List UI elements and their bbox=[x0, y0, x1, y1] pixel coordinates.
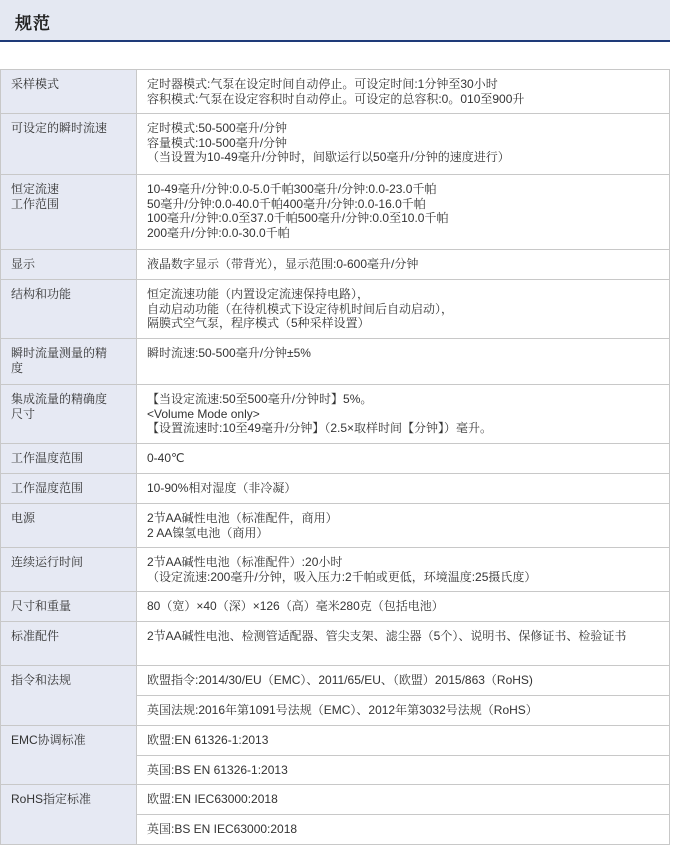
spec-row: RoHS指定标准欧盟:EN IEC63000:2018 bbox=[1, 785, 670, 815]
spec-value: 容量模式:10-500毫升/分钟 bbox=[147, 136, 659, 151]
spec-value: 10-49毫升/分钟:0.0-5.0千帕300毫升/分钟:0.0-23.0千帕 bbox=[147, 182, 659, 197]
spec-value-cell: 欧盟:EN 61326-1:2013 bbox=[137, 725, 670, 755]
spec-value: 定时模式:50-500毫升/分钟 bbox=[147, 121, 659, 136]
spec-value-cell: 欧盟:EN IEC63000:2018 bbox=[137, 785, 670, 815]
spec-label: 连续运行时间 bbox=[11, 555, 126, 570]
spec-row: 电源2节AA碱性电池（标准配件，商用）2 AA镍氢电池（商用） bbox=[1, 504, 670, 548]
spec-row: 工作湿度范围10-90%相对湿度（非冷凝） bbox=[1, 474, 670, 504]
spec-value-cell: 液晶数字显示（带背光），显示范围:0-600毫升/分钟 bbox=[137, 250, 670, 280]
spec-value-cell: 定时器模式:气泵在设定时间自动停止。可设定时间:1分钟至30小时容积模式:气泵在… bbox=[137, 70, 670, 114]
spec-value: 液晶数字显示（带背光），显示范围:0-600毫升/分钟 bbox=[147, 257, 659, 272]
spec-label: 恒定流速 bbox=[11, 182, 126, 197]
spec-value: 英国:BS EN IEC63000:2018 bbox=[147, 822, 659, 837]
spec-value-cell: 80（宽）×40（深）×126（高）毫米280克（包括电池） bbox=[137, 592, 670, 622]
spec-label-cell: EMC协调标准 bbox=[1, 725, 137, 785]
spec-value: 2 AA镍氢电池（商用） bbox=[147, 526, 659, 541]
spec-value: 欧盟:EN IEC63000:2018 bbox=[147, 792, 659, 807]
spec-value: 自动启动功能（在待机模式下设定待机时间后自动启动）， bbox=[147, 302, 659, 317]
spec-label-cell: 瞬时流量测量的精度 bbox=[1, 339, 137, 385]
spec-row: 结构和功能恒定流速功能（内置设定流速保持电路），自动启动功能（在待机模式下设定待… bbox=[1, 280, 670, 339]
spec-value: 80（宽）×40（深）×126（高）毫米280克（包括电池） bbox=[147, 599, 659, 614]
spec-label-cell: 可设定的瞬时流速 bbox=[1, 114, 137, 175]
spec-label-cell: 工作湿度范围 bbox=[1, 474, 137, 504]
spec-value: 英国法规:2016年第1091号法规（EMC）、2012年第3032号法规（Ro… bbox=[147, 703, 659, 718]
spec-value: 瞬时流速:50-500毫升/分钟±5% bbox=[147, 346, 659, 361]
spec-value: 200毫升/分钟:0.0-30.0千帕 bbox=[147, 226, 659, 241]
spec-value: 50毫升/分钟:0.0-40.0千帕400毫升/分钟:0.0-16.0千帕 bbox=[147, 197, 659, 212]
spec-value: （当设置为10-49毫升/分钟时，间歇运行以50毫升/分钟的速度进行） bbox=[147, 150, 659, 165]
spec-label-cell: 结构和功能 bbox=[1, 280, 137, 339]
spec-value: 【设置流速时:10至49毫升/分钟】（2.5×取样时间【分钟】）毫升。 bbox=[147, 421, 659, 436]
spec-label: 电源 bbox=[11, 511, 126, 526]
spec-label-cell: 采样模式 bbox=[1, 70, 137, 114]
spec-label-cell: 指令和法规 bbox=[1, 666, 137, 726]
spec-label-cell: 恒定流速工作范围 bbox=[1, 175, 137, 250]
spec-value-cell: 【当设定流速:50至500毫升/分钟时】5%。<Volume Mode only… bbox=[137, 385, 670, 444]
spec-value-cell: 英国:BS EN IEC63000:2018 bbox=[137, 815, 670, 845]
spec-row: 可设定的瞬时流速定时模式:50-500毫升/分钟容量模式:10-500毫升/分钟… bbox=[1, 114, 670, 175]
spec-label: 尺寸 bbox=[11, 407, 126, 422]
spec-label: 工作范围 bbox=[11, 197, 126, 212]
spec-row: 显示液晶数字显示（带背光），显示范围:0-600毫升/分钟 bbox=[1, 250, 670, 280]
spec-row: 集成流量的精确度尺寸【当设定流速:50至500毫升/分钟时】5%。<Volume… bbox=[1, 385, 670, 444]
spec-value-cell: 英国:BS EN 61326-1:2013 bbox=[137, 755, 670, 785]
spec-label-cell: 集成流量的精确度尺寸 bbox=[1, 385, 137, 444]
spec-label-cell: 电源 bbox=[1, 504, 137, 548]
spec-value-cell: 2节AA碱性电池、检测管适配器、管尖支架、滤尘器（5个）、说明书、保修证书、检验… bbox=[137, 622, 670, 666]
spec-value: 【当设定流速:50至500毫升/分钟时】5%。 bbox=[147, 392, 659, 407]
spec-row: 采样模式定时器模式:气泵在设定时间自动停止。可设定时间:1分钟至30小时容积模式… bbox=[1, 70, 670, 114]
spec-label-cell: 显示 bbox=[1, 250, 137, 280]
spec-label: EMC协调标准 bbox=[11, 733, 126, 748]
spec-value: 欧盟指令:2014/30/EU（EMC）、2011/65/EU、（欧盟）2015… bbox=[147, 673, 659, 688]
spec-row: 瞬时流量测量的精度瞬时流速:50-500毫升/分钟±5% bbox=[1, 339, 670, 385]
spec-value: 10-90%相对湿度（非冷凝） bbox=[147, 481, 659, 496]
spec-value: 定时器模式:气泵在设定时间自动停止。可设定时间:1分钟至30小时 bbox=[147, 77, 659, 92]
spec-value-cell: 瞬时流速:50-500毫升/分钟±5% bbox=[137, 339, 670, 385]
spec-label: 结构和功能 bbox=[11, 287, 126, 302]
spec-value-cell: 欧盟指令:2014/30/EU（EMC）、2011/65/EU、（欧盟）2015… bbox=[137, 666, 670, 696]
spec-row: 指令和法规欧盟指令:2014/30/EU（EMC）、2011/65/EU、（欧盟… bbox=[1, 666, 670, 696]
spec-value: 欧盟:EN 61326-1:2013 bbox=[147, 733, 659, 748]
spec-table: 采样模式定时器模式:气泵在设定时间自动停止。可设定时间:1分钟至30小时容积模式… bbox=[0, 69, 670, 845]
spec-label-cell: 工作温度范围 bbox=[1, 444, 137, 474]
spec-value: 容积模式:气泵在设定容积时自动停止。可设定的总容积:0。010至900升 bbox=[147, 92, 659, 107]
spec-row: 尺寸和重量80（宽）×40（深）×126（高）毫米280克（包括电池） bbox=[1, 592, 670, 622]
spec-value-cell: 恒定流速功能（内置设定流速保持电路），自动启动功能（在待机模式下设定待机时间后自… bbox=[137, 280, 670, 339]
spec-row: 标准配件2节AA碱性电池、检测管适配器、管尖支架、滤尘器（5个）、说明书、保修证… bbox=[1, 622, 670, 666]
spec-label: 显示 bbox=[11, 257, 126, 272]
spec-label: 工作温度范围 bbox=[11, 451, 126, 466]
spec-row: 工作温度范围0-40℃ bbox=[1, 444, 670, 474]
spec-value-cell: 2节AA碱性电池（标准配件）:20小时（设定流速:200毫升/分钟，吸入压力:2… bbox=[137, 548, 670, 592]
spec-value-cell: 英国法规:2016年第1091号法规（EMC）、2012年第3032号法规（Ro… bbox=[137, 696, 670, 726]
spec-value: 100毫升/分钟:0.0至37.0千帕500毫升/分钟:0.0至10.0千帕 bbox=[147, 211, 659, 226]
spec-label: 可设定的瞬时流速 bbox=[11, 121, 126, 136]
spec-value: 2节AA碱性电池（标准配件，商用） bbox=[147, 511, 659, 526]
spec-label: 标准配件 bbox=[11, 629, 126, 644]
spec-value-cell: 10-49毫升/分钟:0.0-5.0千帕300毫升/分钟:0.0-23.0千帕5… bbox=[137, 175, 670, 250]
spec-value: 隔膜式空气泵，程序模式（5种采样设置） bbox=[147, 316, 659, 331]
spec-label: 瞬时流量测量的精 bbox=[11, 346, 126, 361]
spec-label: 工作湿度范围 bbox=[11, 481, 126, 496]
spec-value-cell: 定时模式:50-500毫升/分钟容量模式:10-500毫升/分钟（当设置为10-… bbox=[137, 114, 670, 175]
section-title: 规范 bbox=[15, 9, 51, 34]
spec-value: 恒定流速功能（内置设定流速保持电路）， bbox=[147, 287, 659, 302]
spec-value: 2节AA碱性电池、检测管适配器、管尖支架、滤尘器（5个）、说明书、保修证书、检验… bbox=[147, 629, 659, 644]
spec-label: RoHS指定标准 bbox=[11, 792, 126, 807]
spec-row: 连续运行时间2节AA碱性电池（标准配件）:20小时（设定流速:200毫升/分钟，… bbox=[1, 548, 670, 592]
spec-value-cell: 0-40℃ bbox=[137, 444, 670, 474]
spec-label: 尺寸和重量 bbox=[11, 599, 126, 614]
spec-value: <Volume Mode only> bbox=[147, 407, 659, 422]
spec-label: 度 bbox=[11, 361, 126, 376]
spec-label-cell: 尺寸和重量 bbox=[1, 592, 137, 622]
spec-label-cell: RoHS指定标准 bbox=[1, 785, 137, 845]
spec-label-cell: 标准配件 bbox=[1, 622, 137, 666]
spec-value: （设定流速:200毫升/分钟，吸入压力:2千帕或更低，环境温度:25摄氏度） bbox=[147, 570, 659, 585]
spec-row: EMC协调标准欧盟:EN 61326-1:2013 bbox=[1, 725, 670, 755]
spec-value: 英国:BS EN 61326-1:2013 bbox=[147, 763, 659, 778]
spec-row: 恒定流速工作范围10-49毫升/分钟:0.0-5.0千帕300毫升/分钟:0.0… bbox=[1, 175, 670, 250]
section-header: 规范 bbox=[0, 0, 670, 42]
spec-label: 指令和法规 bbox=[11, 673, 126, 688]
spec-label: 集成流量的精确度 bbox=[11, 392, 126, 407]
spec-label: 采样模式 bbox=[11, 77, 126, 92]
spec-value: 2节AA碱性电池（标准配件）:20小时 bbox=[147, 555, 659, 570]
spec-value-cell: 2节AA碱性电池（标准配件，商用）2 AA镍氢电池（商用） bbox=[137, 504, 670, 548]
spec-value-cell: 10-90%相对湿度（非冷凝） bbox=[137, 474, 670, 504]
spec-value: 0-40℃ bbox=[147, 451, 659, 466]
spec-label-cell: 连续运行时间 bbox=[1, 548, 137, 592]
